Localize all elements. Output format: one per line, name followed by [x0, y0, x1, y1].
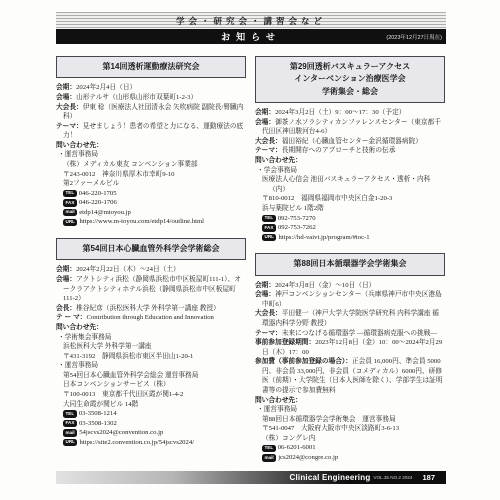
- tel-icon: TEL: [262, 215, 276, 222]
- field-line: 会場：アクトシティ浜松（静岡県浜松市中区板屋町111-1）、オークラアクトシティ…: [56, 275, 246, 304]
- url-icon: URL: [63, 219, 77, 226]
- field-label: 事前参加登録期間：: [255, 339, 315, 346]
- field-value: 長期開存へのアプローチと技術の伝承: [282, 147, 396, 154]
- mail-icon: mail: [63, 209, 77, 216]
- address-line: 浜松医科大学 外科学第一講座: [63, 342, 246, 352]
- announcement-body: 会期：2024年3月2日（土）9：00～17：30（予定）会場：御茶ノ水ソラシテ…: [255, 108, 445, 242]
- field-value: 伊東 稔（医療法人社団清永会 矢吹病院 副院長/腎臓内科）: [63, 104, 243, 121]
- field-line: 会期：2024年2月4日（日）: [56, 83, 246, 93]
- contact-line: TEL046-220-1705: [63, 189, 246, 199]
- contact-line: URLhttps://www.m-toyou.com/etdp14/outlin…: [63, 217, 246, 227]
- address-line: 第54回日本心臓血管外科学会総会 運営事務局: [63, 371, 246, 381]
- field-line: テーマ：未来につなげる循環器学 ―循環器病克服への挑戦―: [255, 329, 445, 339]
- contact-value: https://hd-vaivt.jp/program/#toc-1: [278, 233, 369, 243]
- contact-line: FAX046-220-1706: [63, 198, 246, 208]
- address-line: 〒243-0012 神奈川県厚木市幸町9-10: [63, 170, 246, 180]
- contact-value: 03-3508-1214: [79, 409, 117, 419]
- field-label: 会期：: [255, 109, 275, 116]
- contact-value: 092-753-7262: [278, 223, 316, 233]
- field-line: 会期：2024年3月2日（土）9：00～17：30（予定）: [255, 108, 445, 118]
- journal-logo: Clinical Engineering: [290, 473, 371, 482]
- field-value: 平田健一（神戸大学大学院医学研究科 内科学講座 循環器内科学分野 教授）: [262, 310, 439, 327]
- contact-heading: 問い合わせ先：: [255, 156, 445, 166]
- announcement-title: 第29回透析バスキュラーアクセス インターベンション治療医学会 学術集会・総会: [255, 56, 445, 103]
- office-bullet: ・運営事務局: [255, 405, 445, 415]
- field-value: アクトシティ浜松（静岡県浜松市中区板屋町111-1）、オークラアクトシティホテル…: [63, 276, 241, 302]
- contact-value: 03-3508-1302: [79, 419, 117, 429]
- mail-icon: mail: [262, 454, 276, 461]
- contact-value: etdp14@mtoyou.jp: [79, 208, 131, 218]
- url-icon: URL: [63, 439, 77, 446]
- announcement-columns: 第14回透析運動療法研究会会期：2024年2月4日（日）会場：山形テルサ（山形県…: [56, 56, 446, 463]
- url-icon: URL: [262, 234, 276, 241]
- field-label: テ ー マ：: [56, 314, 86, 321]
- column-left: 第14回透析運動療法研究会会期：2024年2月4日（日）会場：山形テルサ（山形県…: [56, 56, 246, 463]
- office-bullet: ・運営事務局: [56, 150, 246, 160]
- contact-heading: 問い合わせ先：: [56, 323, 246, 333]
- field-line: 大会長：伊東 稔（医療法人社団清永会 矢吹病院 副院長/腎臓内科）: [56, 103, 246, 122]
- notice-bar: お知らせ (2023年12月27日現在): [56, 29, 446, 44]
- contact-value: https://site2.convention.co.jp/54jscvs20…: [79, 438, 194, 448]
- address-line: 医療法人心信会 池田バスキュラーアクセス・透析・内科（内）: [262, 175, 445, 194]
- field-label: 大会長：: [255, 138, 282, 145]
- announcement-title: 第54回日本心臓血管外科学会学術総会: [56, 238, 246, 260]
- tel-icon: TEL: [63, 190, 77, 197]
- journal-volume: VOL.35 NO.2 2024: [373, 475, 412, 480]
- field-line: 会場：御茶ノ水ソラシティカンファレンスセンター（東京都千代田区神田駿河台4-6）: [255, 118, 445, 137]
- field-line: 会期：2024年3月8日（金）～10日（日）: [255, 281, 445, 291]
- magazine-page: 学会・研究会・講習会など お知らせ (2023年12月27日現在) 第14回透析…: [0, 0, 500, 500]
- field-label: テーマ：: [255, 330, 282, 337]
- field-line: テーマ：見せましょう！患者の希望と力になる、運動療法の底力！: [56, 122, 246, 141]
- contact-line: TEL092-753-7270: [262, 214, 445, 224]
- category-label: 学会・研究会・講習会など: [176, 15, 326, 27]
- field-value: 見せましょう！患者の希望と力になる、運動療法の底力！: [63, 123, 243, 140]
- field-value: 2024年2月4日（日）: [76, 84, 136, 91]
- announcement-jscvs-54: 第54回日本心臓血管外科学会学術総会会期：2024年2月22日（木）～24日（土…: [56, 238, 246, 447]
- contact-line: FAX092-753-7262: [262, 223, 445, 233]
- contact-line: mail54jscvs2024@convention.co.jp: [63, 428, 246, 438]
- contact-value: 092-753-7270: [278, 214, 316, 224]
- field-value: 未来につなげる循環器学 ―循環器病克服への挑戦―: [282, 330, 437, 337]
- contact-heading: 問い合わせ先：: [255, 396, 445, 406]
- office-bullet: ・学会事務局: [255, 166, 445, 176]
- announcement-body: 会期：2024年2月22日（木）～24日（土）会場：アクトシティ浜松（静岡県浜松…: [56, 265, 246, 447]
- tel-icon: TEL: [262, 445, 276, 452]
- field-label: 会場：: [255, 291, 275, 298]
- fax-icon: FAX: [63, 420, 77, 427]
- field-value: 神戸コンベンションセンター（兵庫県神戸市中央区港島中町6）: [262, 291, 442, 308]
- office-bullet: ・運営事務局: [56, 361, 246, 371]
- field-label: 会期：: [56, 84, 76, 91]
- field-value: 2024年2月22日（木）～24日（土）: [76, 266, 180, 273]
- address-line: 第2ファーメルビル: [63, 179, 246, 189]
- field-label: 会長：: [56, 305, 76, 312]
- mail-icon: mail: [63, 429, 77, 436]
- field-line: 会場：山形テルサ（山形県山形市双葉町1-2-3）: [56, 93, 246, 103]
- contact-value: 046-220-1706: [79, 198, 117, 208]
- field-label: 会期：: [255, 282, 275, 289]
- office-bullet: ・学術集会事務局: [56, 333, 246, 343]
- announcement-body: 会期：2024年2月4日（日）会場：山形テルサ（山形県山形市双葉町1-2-3）大…: [56, 83, 246, 227]
- address-line: （株）コングレ内: [262, 434, 445, 444]
- address-line: 大同生命霞が関ビル 14階: [63, 400, 246, 410]
- address-line: 〒100-0013 東京都千代田区霞が関1-4-2: [63, 390, 246, 400]
- category-band: 学会・研究会・講習会など: [56, 12, 446, 29]
- contact-line: URLhttps://hd-vaivt.jp/program/#toc-1: [262, 233, 445, 243]
- notice-date: (2023年12月27日現在): [386, 33, 442, 41]
- field-label: テーマ：: [255, 147, 282, 154]
- field-line: テ ー マ：Contribution through Education and…: [56, 313, 246, 323]
- field-line: 会期：2024年2月22日（木）～24日（土）: [56, 265, 246, 275]
- field-label: 会場：: [255, 119, 275, 126]
- address-line: （株）メディカル東友 コンベンション事業部: [63, 160, 246, 170]
- field-label: 大会長：: [255, 310, 282, 317]
- field-label: 会場：: [56, 276, 76, 283]
- contact-line: TEL06-6201-6001: [262, 443, 445, 453]
- field-line: 参加費（事前参加登録の場合）：正会員 16,000円、準会員 5000円、非会員…: [255, 357, 445, 395]
- field-line: テーマ：長期開存へのアプローチと技術の伝承: [255, 146, 445, 156]
- contact-value: jcs2024@congre.co.jp: [278, 453, 338, 463]
- field-value: 御茶ノ水ソラシティカンファレンスセンター（東京都千代田区神田駿河台4-6）: [262, 119, 441, 136]
- field-value: 山形テルサ（山形県山形市双葉町1-2-3）: [76, 94, 197, 101]
- announcement-title: 第14回透析運動療法研究会: [56, 56, 246, 78]
- field-label: 参加費（事前参加登録の場合）：: [255, 358, 352, 365]
- contact-value: 54jscvs2024@convention.co.jp: [79, 428, 163, 438]
- contact-heading: 問い合わせ先：: [56, 141, 246, 151]
- field-label: 会期：: [56, 266, 76, 273]
- field-value: 2024年3月8日（金）～10日（日）: [275, 282, 375, 289]
- page-footer: Clinical Engineering VOL.35 NO.2 2024 18…: [56, 471, 446, 484]
- field-line: 会長：椎谷紀彦（浜松医科大学 外科学第一講座 教授）: [56, 304, 246, 314]
- announcement-title: 第88回日本循環器学会学術集会: [255, 253, 445, 275]
- announcement-body: 会期：2024年3月8日（金）～10日（日）会場：神戸コンベンションセンター（兵…: [255, 281, 445, 463]
- contact-value: https://www.m-toyou.com/etdp14/outline.h…: [79, 217, 204, 227]
- contact-line: mailetdp14@mtoyou.jp: [63, 208, 246, 218]
- tel-icon: TEL: [63, 410, 77, 417]
- column-right: 第29回透析バスキュラーアクセス インターベンション治療医学会 学術集会・総会会…: [255, 56, 445, 463]
- contact-line: URLhttps://site2.convention.co.jp/54jscv…: [63, 438, 246, 448]
- contact-value: 046-220-1705: [79, 189, 117, 199]
- field-value: 福田裕紀（心臓血管センター金沢循環器病院）: [282, 138, 422, 145]
- field-line: 事前参加登録期間：2023年12月8日（金）10：00～2024年2月29日（木…: [255, 338, 445, 357]
- address-line: 〒541-0047 大阪府大阪市中央区淡路町3-6-13: [262, 424, 445, 434]
- announcement-jcs-88: 第88回日本循環器学会学術集会会期：2024年3月8日（金）～10日（日）会場：…: [255, 253, 445, 462]
- field-value: 椎谷紀彦（浜松医科大学 外科学第一講座 教授）: [76, 305, 220, 312]
- page-content: 学会・研究会・講習会など お知らせ (2023年12月27日現在) 第14回透析…: [56, 12, 446, 463]
- field-line: 大会長：平田健一（神戸大学大学院医学研究科 内科学講座 循環器内科学分野 教授）: [255, 309, 445, 328]
- field-line: 大会長：福田裕紀（心臓血管センター金沢循環器病院）: [255, 137, 445, 147]
- address-line: 〒431-3192 静岡県浜松市東区半田山1-20-1: [63, 352, 246, 362]
- field-label: 会場：: [56, 94, 76, 101]
- contact-value: 06-6201-6001: [278, 443, 316, 453]
- announcement-dialysis-exercise-14: 第14回透析運動療法研究会会期：2024年2月4日（日）会場：山形テルサ（山形県…: [56, 56, 246, 227]
- fax-icon: FAX: [63, 199, 77, 206]
- contact-line: FAX03-3508-1302: [63, 419, 246, 429]
- address-line: 日本コンベンションサービス（株）: [63, 380, 246, 390]
- address-line: 第88回日本循環器学会学術集会 運営事務局: [262, 415, 445, 425]
- field-label: 大会長：: [56, 104, 83, 111]
- fax-icon: FAX: [262, 224, 276, 231]
- page-number: 187: [422, 473, 435, 482]
- announcement-vaivt-29: 第29回透析バスキュラーアクセス インターベンション治療医学会 学術集会・総会会…: [255, 56, 445, 242]
- field-value: 2024年3月2日（土）9：00～17：30（予定）: [275, 109, 405, 116]
- field-label: テーマ：: [56, 123, 83, 130]
- contact-line: TEL03-3508-1214: [63, 409, 246, 419]
- address-line: 浜与薬院ビル 1階2階: [262, 204, 445, 214]
- address-line: 〒810-0012 福岡県福岡市中央区白金1-20-3: [262, 194, 445, 204]
- field-line: 会場：神戸コンベンションセンター（兵庫県神戸市中央区港島中町6）: [255, 290, 445, 309]
- field-value: Contribution through Education and Innov…: [86, 314, 213, 321]
- notice-title: お知らせ: [221, 30, 281, 43]
- contact-line: mailjcs2024@congre.co.jp: [262, 453, 445, 463]
